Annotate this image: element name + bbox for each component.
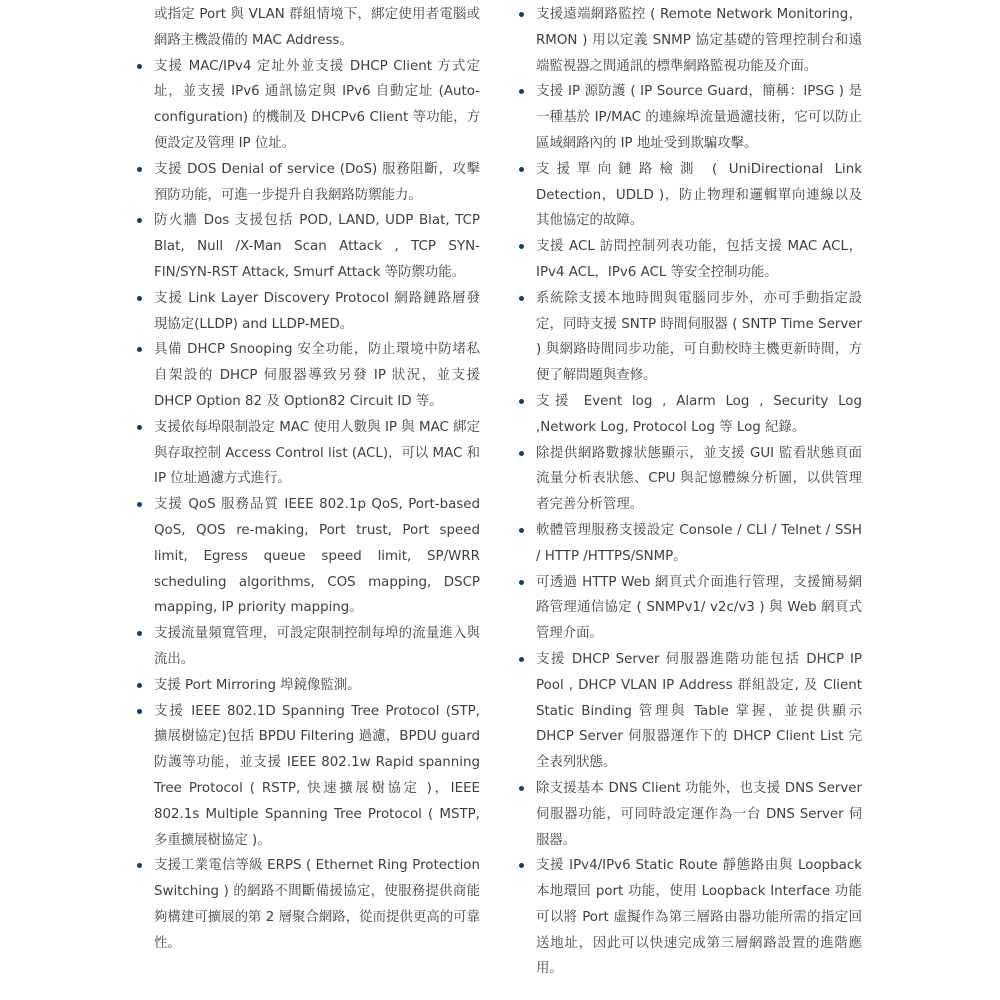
feature-item: 支援 IEEE 802.1D Spanning Tree Protocol (S… bbox=[154, 699, 480, 854]
feature-item: 支援 Link Layer Discovery Protocol 網路鏈路層發現… bbox=[154, 286, 480, 338]
feature-item: 支援遠端網路監控 ( Remote Network Monitoring，RMO… bbox=[536, 2, 862, 79]
feature-item: 支援 IP 源防護 ( IP Source Guard，簡稱：IPSG ) 是一… bbox=[536, 79, 862, 156]
right-feature-column: 支援遠端網路監控 ( Remote Network Monitoring，RMO… bbox=[536, 2, 862, 982]
left-feature-list: 支援 MAC/IPv4 定址外並支援 DHCP Client 方式定址，並支援 … bbox=[154, 54, 480, 957]
feature-item: 支援依每埠限制設定 MAC 使用人數與 IP 與 MAC 綁定與存取控制 Acc… bbox=[154, 415, 480, 492]
feature-item: 系統除支援本地時間與電腦同步外，亦可手動指定設定，同時支援 SNTP 時間伺服器… bbox=[536, 286, 862, 389]
feature-item: 支援 DOS Denial of service (DoS) 服務阻斷，攻擊預防… bbox=[154, 157, 480, 209]
feature-item: 除提供網路數據狀態顯示，並支援 GUI 監看狀態頁面流量分析表狀態、CPU 與記… bbox=[536, 441, 862, 518]
right-feature-list: 支援遠端網路監控 ( Remote Network Monitoring，RMO… bbox=[536, 2, 862, 982]
feature-item: 支援 Port Mirroring 埠鏡像監測。 bbox=[154, 673, 480, 699]
feature-item: 支援工業電信等級 ERPS ( Ethernet Ring Protection… bbox=[154, 853, 480, 956]
feature-item: 可透過 HTTP Web 網頁式介面進行管理，支援簡易網路管理通信協定 ( SN… bbox=[536, 570, 862, 647]
feature-item: 支援單向鏈路檢測 ( UniDirectional Link Detection… bbox=[536, 157, 862, 234]
feature-item: 支援流量頻寬管理，可設定限制控制每埠的流量進入與流出。 bbox=[154, 621, 480, 673]
feature-item: 支援 IPv4/IPv6 Static Route 靜態路由與 Loopback… bbox=[536, 853, 862, 982]
feature-item: 具備 DHCP Snooping 安全功能，防止環境中防堵私自架設的 DHCP … bbox=[154, 337, 480, 414]
feature-item: 支援 ACL 訪問控制列表功能，包括支援 MAC ACL，IPv4 ACL，IP… bbox=[536, 234, 862, 286]
feature-item: 防火牆 Dos 支援包括 POD, LAND, UDP Blat, TCP Bl… bbox=[154, 208, 480, 285]
feature-item: 支援 Event log , Alarm Log , Security Log … bbox=[536, 389, 862, 441]
feature-item: 軟體管理服務支援設定 Console / CLI / Telnet / SSH … bbox=[536, 518, 862, 570]
feature-item: 除支援基本 DNS Client 功能外，也支援 DNS Server 伺服器功… bbox=[536, 776, 862, 853]
feature-item: 支援 QoS 服務品質 IEEE 802.1p QoS, Port-based … bbox=[154, 492, 480, 621]
feature-item: 支援 MAC/IPv4 定址外並支援 DHCP Client 方式定址，並支援 … bbox=[154, 54, 480, 157]
feature-item: 支援 DHCP Server 伺服器進階功能包括 DHCP IP Pool , … bbox=[536, 647, 862, 776]
continuation-paragraph: 或指定 Port 與 VLAN 群組情境下，綁定使用者電腦或網路主機設備的 MA… bbox=[154, 2, 480, 54]
left-feature-column: 或指定 Port 與 VLAN 群組情境下，綁定使用者電腦或網路主機設備的 MA… bbox=[154, 2, 480, 956]
